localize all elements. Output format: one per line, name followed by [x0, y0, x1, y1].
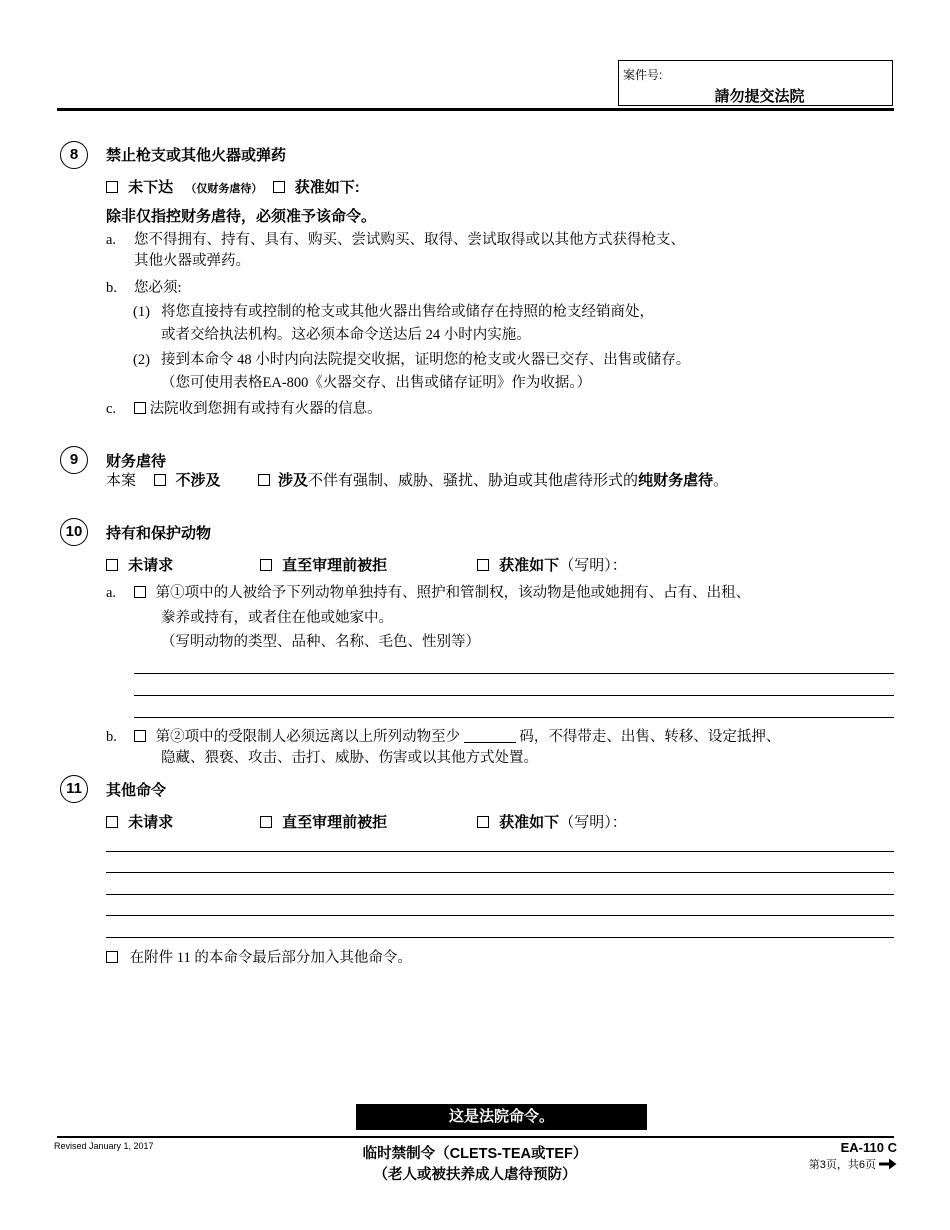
case-number-value[interactable]: 請勿提交法院 — [619, 85, 892, 106]
section-8-b2-line1: 接到本命令 48 小时内向法院提交收据，证明您的枪支或火器已交存、出售或储存。 — [161, 351, 690, 369]
revised-date: Revised January 1, 2017 — [54, 1141, 154, 1151]
section-10-opt-granted: 获准如下（写明）： — [477, 554, 627, 575]
granted-checkbox[interactable] — [477, 816, 489, 828]
section-10-a-line1: 第①项中的人被给予下列动物单独持有、照护和管制权，该动物是他或她拥有、占有、出租… — [156, 585, 751, 601]
section-10-opt-denied: 直至审理前被拒 — [260, 554, 387, 575]
not-requested-label: 未请求 — [128, 557, 173, 574]
involved-label: 涉及 — [278, 472, 308, 489]
section-8-c: 法院收到您拥有或持有火器的信息。 — [134, 400, 382, 418]
section-8-c-label: c. — [106, 400, 116, 418]
section-8-b-text: 您必须: — [134, 279, 182, 297]
not-requested-checkbox[interactable] — [106, 559, 118, 571]
case-number-box: 案件号: 請勿提交法院 — [618, 60, 893, 106]
stay-away-checkbox[interactable] — [134, 730, 146, 742]
granted-label: 获准如下 — [499, 814, 559, 831]
other-orders-line-1[interactable] — [106, 851, 894, 852]
case-number-label: 案件号: — [623, 66, 662, 83]
section-9-title: 财务虐待 — [106, 450, 166, 471]
animal-description-line-3[interactable] — [134, 717, 894, 718]
section-8-a-label: a. — [106, 231, 116, 249]
granted-label: 获准如下: — [295, 179, 360, 196]
animal-description-line-1[interactable] — [134, 673, 894, 674]
other-orders-line-5[interactable] — [106, 937, 894, 938]
section-10-b-line2: 隐藏、猥亵、攻击、击打、威胁、伤害或以其他方式处置。 — [161, 749, 538, 767]
form-title-line2: （老人或被扶养成人虐待预防） — [300, 1163, 650, 1184]
animal-custody-checkbox[interactable] — [134, 586, 146, 598]
involved-bold-text: 纯财务虐待 — [638, 472, 713, 489]
section-8-a-line2: 其他火器或弹药。 — [134, 252, 250, 270]
section-8-title: 禁止枪支或其他火器或弹药 — [106, 144, 286, 165]
section-8-b-label: b. — [106, 279, 117, 297]
court-order-banner: 这是法院命令。 — [356, 1104, 647, 1130]
involved-checkbox[interactable] — [258, 474, 270, 486]
section-11-opt-not-requested: 未请求 — [106, 811, 173, 832]
not-ordered-note: （仅财务虐待） — [185, 183, 262, 195]
not-involved-checkbox[interactable] — [154, 474, 166, 486]
not-ordered-checkbox[interactable] — [106, 181, 118, 193]
section-11-title: 其他命令 — [106, 779, 166, 800]
section-10-a-line3: （写明动物的类型、品种、名称、毛色、性别等） — [161, 633, 480, 651]
section-8-a-line1: 您不得拥有、持有、具有、购买、尝试购买、取得、尝试取得或以其他方式获得枪支、 — [134, 231, 685, 249]
section-9-prefix: 本案 — [106, 473, 136, 489]
section-10-b-part2: 码，不得带走、出售、转移、设定抵押、 — [519, 729, 780, 745]
denied-label: 直至审理前被拒 — [282, 557, 387, 574]
yards-field[interactable] — [464, 729, 516, 743]
other-orders-line-3[interactable] — [106, 894, 894, 895]
section-11-opt-granted: 获准如下（写明）： — [477, 811, 627, 832]
section-10-a-line2: 豢养或持有，或者住在他或她家中。 — [161, 609, 393, 627]
section-10-b: 第②项中的受限制人必须远离以上所列动物至少 码，不得带走、出售、转移、设定抵押、 — [134, 728, 780, 746]
period: 。 — [713, 473, 728, 489]
firearm-info-checkbox[interactable] — [134, 402, 146, 414]
footer-divider — [57, 1136, 894, 1138]
involved-text: 不伴有强制、威胁、骚扰、胁迫或其他虐待形式的 — [308, 473, 638, 489]
section-10-title: 持有和保护动物 — [106, 522, 211, 543]
section-8-b2-line2: （您可使用表格EA-800《火器交存、出售或储存证明》作为收据。） — [161, 374, 591, 392]
section-8-number: 8 — [60, 141, 88, 169]
section-10-b-part1: 第②项中的受限制人必须远离以上所列动物至少 — [156, 729, 461, 745]
not-requested-label: 未请求 — [128, 814, 173, 831]
section-10-opt-not-requested: 未请求 — [106, 554, 173, 575]
attachment-text: 在附件 11 的本命令最后部分加入其他命令。 — [130, 950, 412, 966]
section-8-b1-line1: 将您直接持有或控制的枪支或其他火器出售给或储存在持照的枪支经销商处， — [161, 303, 654, 321]
denied-label: 直至审理前被拒 — [282, 814, 387, 831]
page-number: 第3页，共6页 — [809, 1156, 876, 1172]
other-orders-line-4[interactable] — [106, 915, 894, 916]
section-11-number: 11 — [60, 775, 88, 803]
section-8-b1-line2: 或者交给执法机构。这必须本命令送达后 24 小时内实施。 — [161, 326, 531, 344]
not-ordered-label: 未下达 — [128, 179, 173, 196]
denied-checkbox[interactable] — [260, 816, 272, 828]
denied-checkbox[interactable] — [260, 559, 272, 571]
granted-note: （写明）： — [559, 558, 627, 574]
section-10-a-label: a. — [106, 584, 116, 602]
granted-checkbox[interactable] — [477, 559, 489, 571]
form-id: EA-110 C — [841, 1140, 897, 1155]
section-10-b-label: b. — [106, 728, 117, 746]
section-11-attachment: 在附件 11 的本命令最后部分加入其他命令。 — [106, 949, 412, 967]
section-9-options: 本案 不涉及 涉及不伴有强制、威胁、骚扰、胁迫或其他虐待形式的纯财务虐待。 — [106, 472, 728, 490]
animal-description-line-2[interactable] — [134, 695, 894, 696]
granted-note: （写明）： — [559, 815, 627, 831]
section-8-mandatory-note: 除非仅指控财务虐待，必须准予该命令。 — [106, 205, 376, 226]
form-title-line1: 临时禁制令（CLETS-TEA或TEF） — [300, 1142, 650, 1163]
header-divider — [57, 108, 894, 111]
granted-checkbox[interactable] — [273, 181, 285, 193]
section-8-options: 未下达 （仅财务虐待） 获准如下: — [106, 176, 360, 197]
not-requested-checkbox[interactable] — [106, 816, 118, 828]
other-orders-line-2[interactable] — [106, 872, 894, 873]
section-10-a: 第①项中的人被给予下列动物单独持有、照护和管制权，该动物是他或她拥有、占有、出租… — [134, 584, 750, 602]
not-involved-label: 不涉及 — [176, 472, 221, 489]
granted-label: 获准如下 — [499, 557, 559, 574]
arrow-right-icon[interactable] — [879, 1158, 897, 1170]
page-info: 第3页，共6页 — [809, 1156, 897, 1172]
section-8-b2-label: (2) — [133, 351, 150, 369]
section-10-number: 10 — [60, 518, 88, 546]
section-8-b1-label: (1) — [133, 303, 150, 321]
attachment-checkbox[interactable] — [106, 951, 118, 963]
section-11-opt-denied: 直至审理前被拒 — [260, 811, 387, 832]
section-8-c-text: 法院收到您拥有或持有火器的信息。 — [150, 401, 382, 417]
section-9-number: 9 — [60, 446, 88, 474]
